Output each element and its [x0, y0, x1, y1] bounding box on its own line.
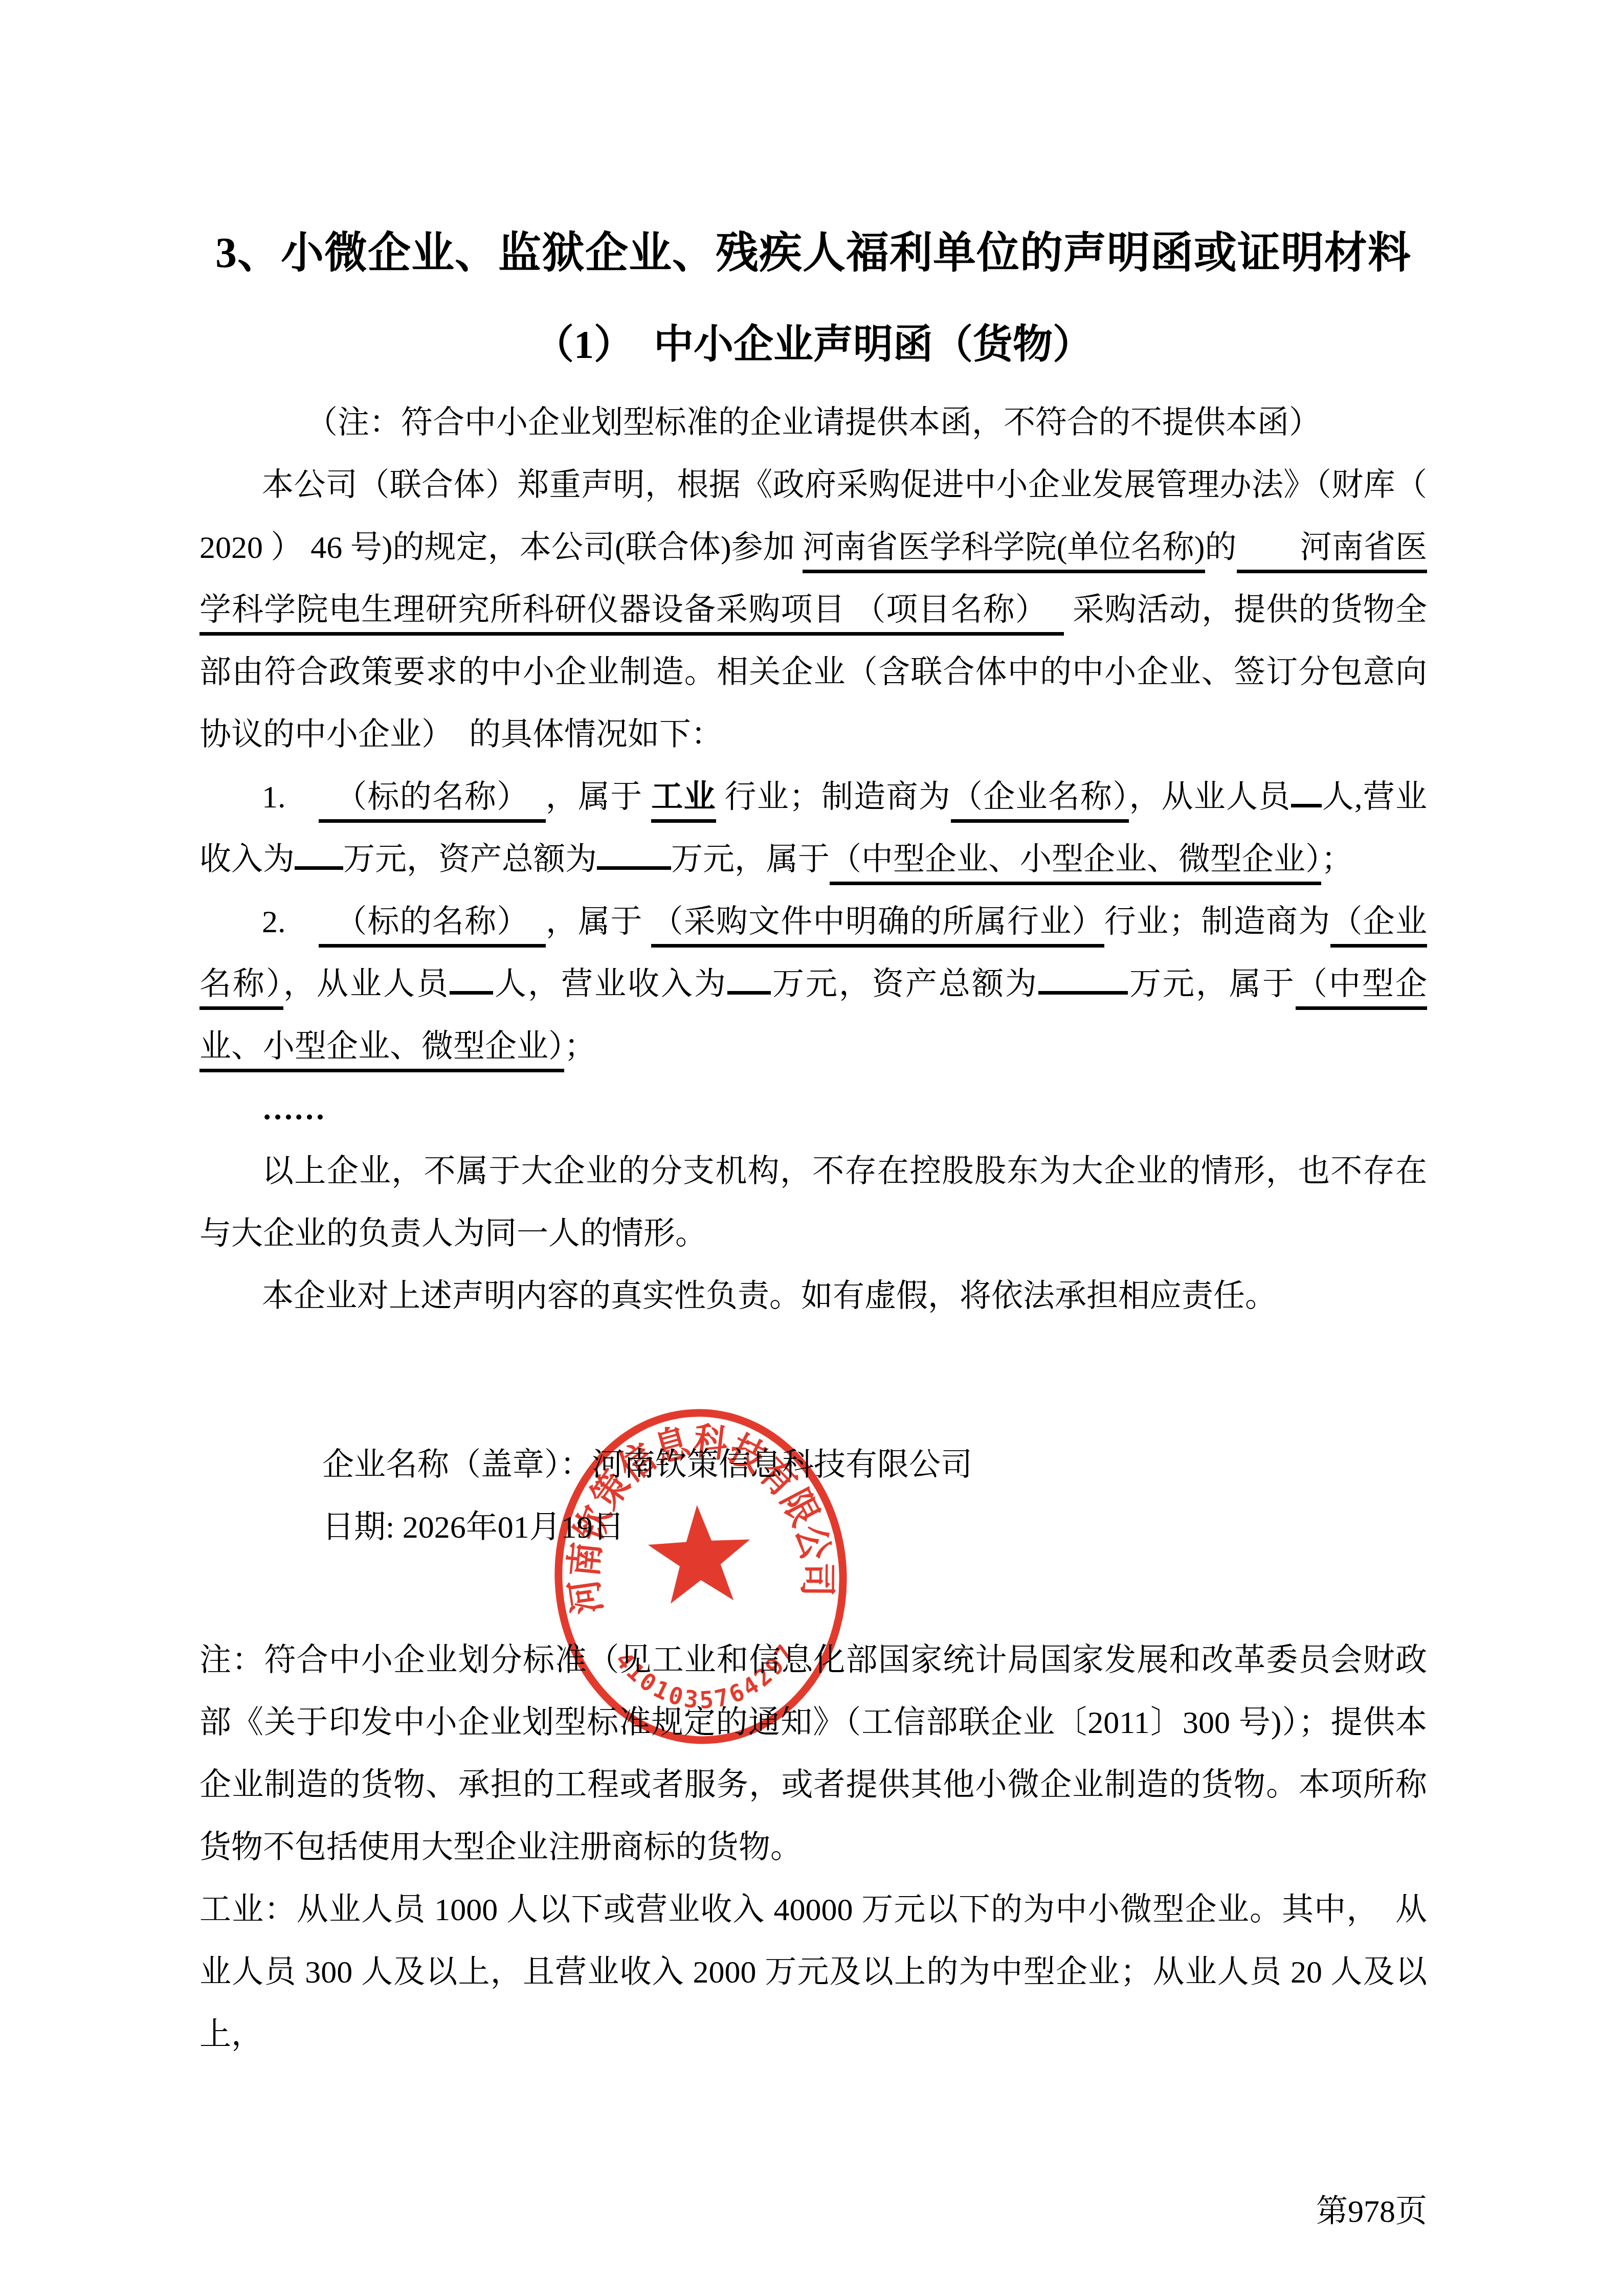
item-2-revenue-blank	[727, 961, 771, 995]
item-1-enterprise-types-underlined: （中型企业、小型企业、微型企业）	[830, 842, 1321, 885]
item-1-assets-blank	[597, 837, 671, 870]
purchaser-name-underlined: 河南省医学科学院(单位名称)	[803, 530, 1205, 573]
item-2-manufacturer-underlined-2: 名称）	[199, 967, 283, 1010]
date-label: 日期:	[322, 1510, 403, 1545]
item-2-assets-blank	[1038, 961, 1128, 995]
eligibility-note-line: （注：符合中小企业划型标准的企业请提供本函，不符合的不提供本函）	[199, 392, 1427, 454]
declaration-text-2: 的	[1205, 530, 1237, 565]
item-2-text-5: 万元，资产总额为	[771, 967, 1038, 1002]
document-body: （注：符合中小企业划型标准的企业请提供本函，不符合的不提供本函） 本公司（联合体…	[199, 392, 1427, 2066]
seal-number-arc-text: 4101035764297	[609, 1636, 804, 1719]
page-subtitle: （1） 中小企业声明函（货物）	[199, 318, 1427, 371]
item-2-subject-underlined: （标的名称）	[319, 905, 546, 948]
item-1-headcount-blank	[1291, 774, 1322, 807]
item-1-text-5: 万元，资产总额为	[343, 842, 597, 877]
item-2-text-7: ；	[564, 1029, 596, 1064]
item-1-subject-underlined: （标的名称）	[319, 780, 546, 823]
item-1-text-2: 行业；制造商为	[716, 780, 951, 815]
item-1-paragraph: 1. （标的名称） ，属于 工业 行业；制造商为（企业名称），从业人员人,营业收…	[199, 766, 1427, 891]
item-2-headcount-blank	[450, 961, 493, 995]
item-1-number: 1.	[262, 780, 319, 815]
date-line: 日期: 2026年01月19日	[322, 1496, 1427, 1559]
document-content: 3、小微企业、监狱企业、残疾人福利单位的声明函或证明材料 （1） 中小企业声明函…	[199, 0, 1427, 2066]
signature-block: 企业名称（盖章）：河南钦策信息科技有限公司 日期: 2026年01月19日	[322, 1434, 1427, 1559]
page-number: 第978页	[1316, 2191, 1427, 2232]
document-page: 3、小微企业、监狱企业、残疾人福利单位的声明函或证明材料 （1） 中小企业声明函…	[0, 0, 1624, 2296]
industry-standard-paragraph: 工业：从业人员 1000 人以下或营业收入 40000 万元以下的为中小微型企业…	[199, 1879, 1427, 2066]
item-2-manufacturer-underlined: （企业	[1330, 905, 1427, 948]
responsibility-paragraph: 本企业对上述声明内容的真实性负责。如有虚假，将依法承担相应责任。	[199, 1265, 1427, 1327]
no-big-enterprise-paragraph: 以上企业，不属于大企业的分支机构，不存在控股股东为大企业的情形，也不存在与大企业…	[199, 1140, 1427, 1265]
item-2-text-1: ，属于	[546, 905, 651, 939]
item-2-paragraph: 2. （标的名称） ，属于 （采购文件中明确的所属行业）行业；制造商为（企业名称…	[199, 891, 1427, 1078]
item-2-text-6: 万元，属于	[1128, 967, 1296, 1002]
item-2-text-4: 人，营业收入为	[493, 967, 727, 1002]
declaration-paragraph: 本公司（联合体）郑重声明，根据《政府采购促进中小企业发展管理办法》（财库（ 20…	[199, 454, 1427, 766]
item-1-text-6: 万元，属于	[671, 842, 830, 877]
item-2-number: 2.	[262, 905, 319, 939]
item-2-industry-underlined: （采购文件中明确的所属行业）	[651, 905, 1104, 948]
company-line: 企业名称（盖章）：河南钦策信息科技有限公司	[322, 1434, 1427, 1496]
item-1-text-1: ，属于	[546, 780, 651, 815]
item-2-text-3: ，从业人员	[283, 967, 450, 1002]
item-1-revenue-blank	[295, 837, 343, 870]
company-seal: 河南钦策信息科技有限公司 4101035764297	[541, 1398, 860, 1755]
item-1-manufacturer-underlined: （企业名称）	[951, 780, 1129, 823]
seal-star	[646, 1502, 753, 1605]
item-1-industry-underlined: 工业	[651, 780, 716, 823]
item-1-text-7: ；	[1321, 842, 1353, 877]
seal-number-text: 4101035764297	[609, 1636, 804, 1719]
page-title: 3、小微企业、监狱企业、残疾人福利单位的声明函或证明材料	[199, 225, 1427, 282]
ellipsis-line: ……	[199, 1078, 1427, 1140]
item-2-text-2: 行业；制造商为	[1104, 905, 1331, 939]
eligibility-note-text: （注：符合中小企业划型标准的企业请提供本函，不符合的不提供本函）	[306, 406, 1321, 440]
item-1-text-3: ，从业人员	[1129, 780, 1291, 815]
